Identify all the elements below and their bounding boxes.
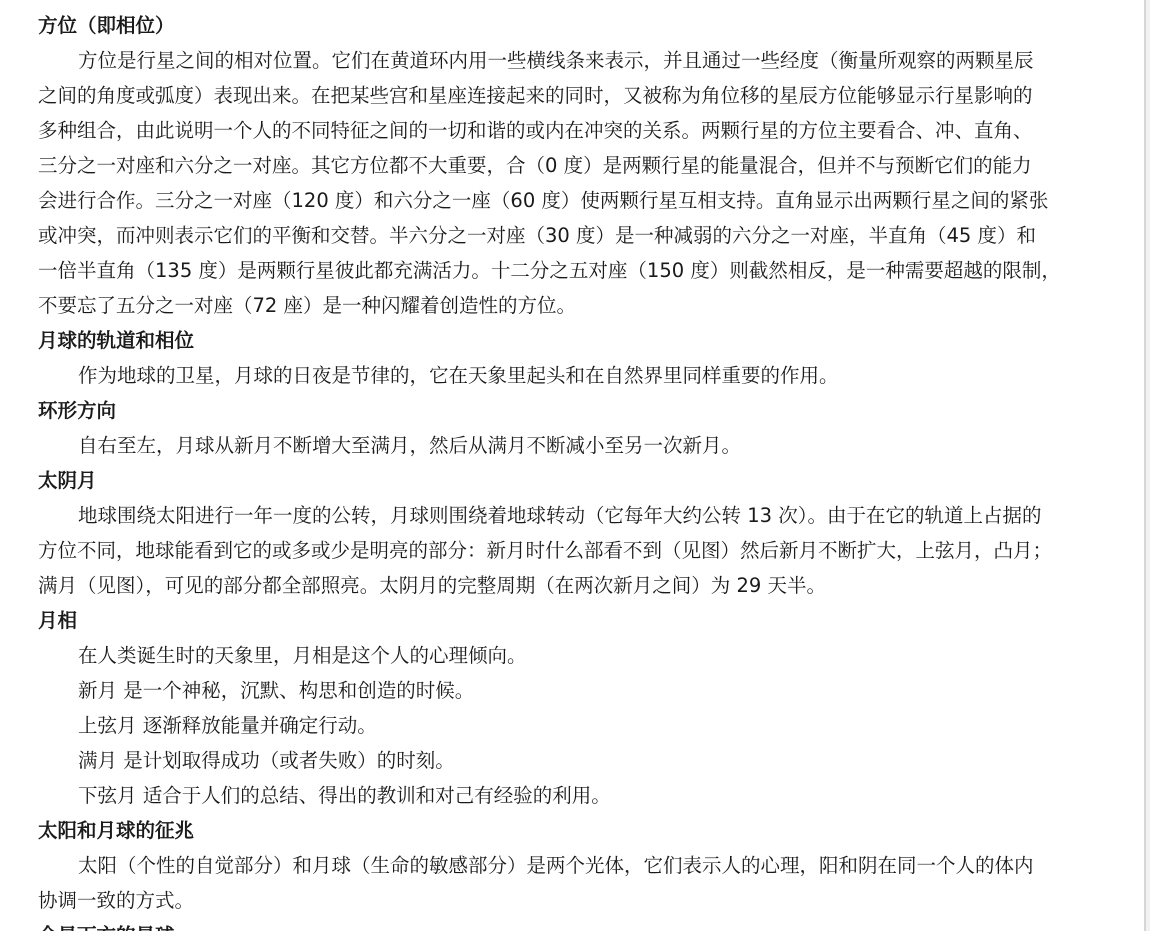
- phase-item-last-quarter: 下弦月 适合于人们的总结、得出的教训和对己有经验的利用。: [38, 778, 1098, 813]
- paragraph-line: 作为地球的卫星，月球的日夜是节律的，它在天象里起头和在自然界里同样重要的作用。: [38, 358, 1098, 393]
- paragraph-line: 地球围绕太阳进行一年一度的公转，月球则围绕着地球转动（它每年大约公转 13 次）…: [38, 498, 1098, 533]
- paragraph-line: 会进行合作。三分之一对座（120 度）和六分之一座（60 度）使两颗行星互相支持…: [38, 183, 1098, 218]
- paragraph-line: 协调一致的方式。: [38, 883, 1098, 918]
- phase-item-first-quarter: 上弦月 逐渐释放能量并确定行动。: [38, 708, 1098, 743]
- document-page: 方位（即相位） 方位是行星之间的相对位置。它们在黄道环内用一些横线条来表示，并且…: [0, 0, 1144, 931]
- paragraph-line: 自右至左，月球从新月不断增大至满月，然后从满月不断减小至另一次新月。: [38, 428, 1098, 463]
- paragraph-line: 多种组合，由此说明一个人的不同特征之间的一切和谐的或内在冲突的关系。两颗行星的方…: [38, 113, 1098, 148]
- section-heading-sun-moon-signs: 太阳和月球的征兆: [38, 813, 1098, 848]
- page-gutter: [1146, 0, 1150, 931]
- document-content: 方位（即相位） 方位是行星之间的相对位置。它们在黄道环内用一些横线条来表示，并且…: [38, 8, 1098, 931]
- section-heading-moon-phases: 月相: [38, 603, 1098, 638]
- paragraph-line: 太阳（个性的自觉部分）和月球（生命的敏感部分）是两个光体，它们表示人的心理，阳和…: [38, 848, 1098, 883]
- section-heading-moon-orbit: 月球的轨道和相位: [38, 323, 1098, 358]
- section-heading-lunar-month: 太阴月: [38, 463, 1098, 498]
- phase-item-full-moon: 满月 是计划取得成功（或者失败）的时刻。: [38, 743, 1098, 778]
- paragraph-line: 三分之一对座和六分之一对座。其它方位都不大重要，合（0 度）是两颗行星的能量混合…: [38, 148, 1098, 183]
- section-heading-aspects: 方位（即相位）: [38, 8, 1098, 43]
- paragraph-line: 或冲突，而冲则表示它们的平衡和交替。半六分之一对座（30 度）是一种减弱的六分之…: [38, 218, 1098, 253]
- paragraph-line: 在人类诞生时的天象里，月相是这个人的心理倾向。: [38, 638, 1098, 673]
- section-heading-cut-off: 金星下方的星球: [38, 918, 1098, 931]
- paragraph-line: 不要忘了五分之一对座（72 座）是一种闪耀着创造性的方位。: [38, 288, 1098, 323]
- paragraph-line: 方位不同，地球能看到它的或多或少是明亮的部分：新月时什么部看不到（见图）然后新月…: [38, 533, 1098, 568]
- phase-item-new-moon: 新月 是一个神秘，沉默、构思和创造的时候。: [38, 673, 1098, 708]
- section-heading-ring-direction: 环形方向: [38, 393, 1098, 428]
- paragraph-line: 方位是行星之间的相对位置。它们在黄道环内用一些横线条来表示，并且通过一些经度（衡…: [38, 43, 1098, 78]
- paragraph-line: 一倍半直角（135 度）是两颗行星彼此都充满活力。十二分之五对座（150 度）则…: [38, 253, 1098, 288]
- paragraph-line: 满月（见图），可见的部分都全部照亮。太阴月的完整周期（在两次新月之间）为 29 …: [38, 568, 1098, 603]
- paragraph-line: 之间的角度或弧度）表现出来。在把某些宫和星座连接起来的同时，又被称为角位移的星辰…: [38, 78, 1098, 113]
